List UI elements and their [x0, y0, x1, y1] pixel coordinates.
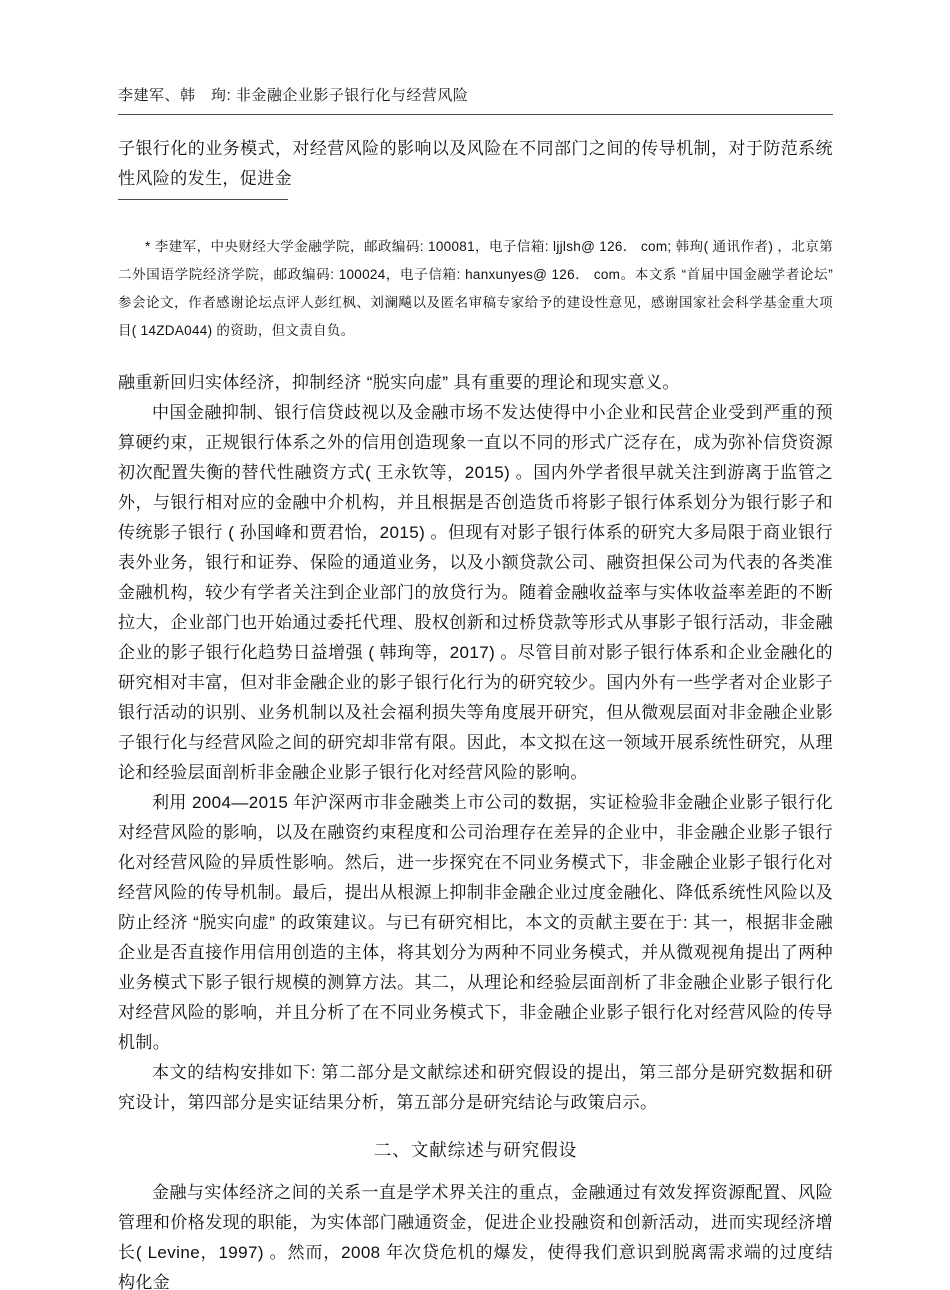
paragraph-contribution: 利用 2004—2015 年沪深两市非金融类上市公司的数据，实证检验非金融企业影…	[118, 788, 833, 1058]
footnote-separator	[118, 199, 288, 200]
paragraph-continuation-top: 子银行化的业务模式，对经营风险的影响以及风险在不同部门之间的传导机制，对于防范系…	[118, 134, 833, 194]
author-footnote: * 李建军，中央财经大学金融学院，邮政编码: 100081，电子信箱: ljjl…	[118, 233, 833, 345]
document-page: 李建军、韩 珣: 非金融企业影子银行化与经营风险 子银行化的业务模式，对经营风险…	[0, 0, 950, 1290]
paragraph-continuation-bottom: 融重新回归实体经济，抑制经济 “脱实向虚” 具有重要的理论和现实意义。	[118, 368, 833, 398]
running-header: 李建军、韩 珣: 非金融企业影子银行化与经营风险	[118, 86, 833, 106]
section-heading: 二、文献综述与研究假设	[118, 1135, 833, 1165]
paragraph-introduction: 中国金融抑制、银行信贷歧视以及金融市场不发达使得中小企业和民营企业受到严重的预算…	[118, 398, 833, 788]
paragraph-structure: 本文的结构安排如下: 第二部分是文献综述和研究假设的提出，第三部分是研究数据和研…	[118, 1058, 833, 1118]
paragraph-literature-review: 金融与实体经济之间的关系一直是学术界关注的重点，金融通过有效发挥资源配置、风险管…	[118, 1178, 833, 1290]
running-header-text: 李建军、韩 珣: 非金融企业影子银行化与经营风险	[118, 87, 468, 104]
header-rule	[118, 114, 833, 115]
